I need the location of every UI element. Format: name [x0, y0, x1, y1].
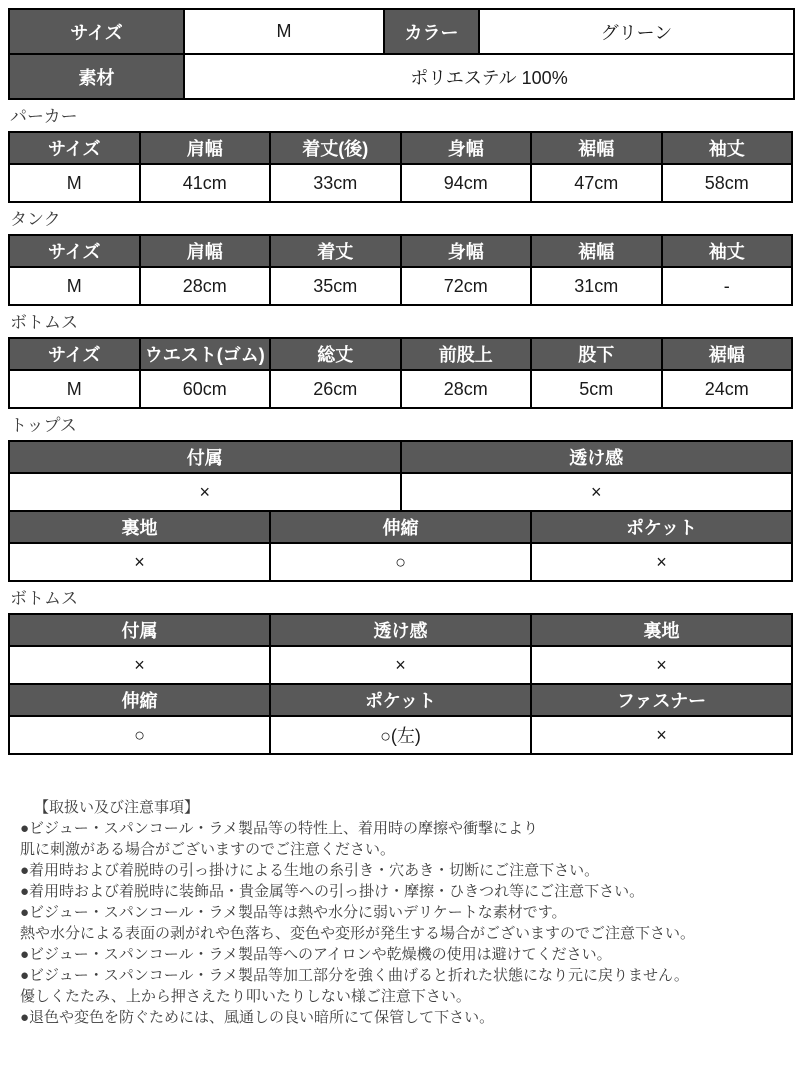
care-note-line: ●ビジュー・スパンコール・ラメ製品等加工部分を強く曲げると折れた状態になり元に戻…	[20, 965, 800, 986]
care-note-line: ●着用時および着脱時に装飾品・貴金属等への引っ掛け・摩擦・ひきつれ等にご注意下さ…	[20, 881, 800, 902]
feature-header: 付属	[9, 614, 270, 646]
table-row: M 41cm 33cm 94cm 47cm 58cm	[9, 164, 792, 202]
column-header: サイズ	[9, 338, 140, 370]
tank-measurement-table: サイズ 肩幅 着丈 身幅 裾幅 袖丈 M 28cm 35cm 72cm 31cm…	[8, 234, 793, 306]
table-row: サイズ M カラー グリーン	[9, 9, 794, 54]
column-header: 身幅	[401, 235, 532, 267]
measurement-value: 72cm	[401, 267, 532, 305]
bottoms-measurement-table: サイズ ウエスト(ゴム) 総丈 前股上 股下 裾幅 M 60cm 26cm 28…	[8, 337, 793, 409]
tops-feature-table: 付属 透け感 × × 裏地 伸縮 ポケット × ○ ×	[8, 440, 793, 582]
material-value: ポリエステル 100%	[184, 54, 794, 99]
feature-header: ファスナー	[531, 684, 792, 716]
column-header: 肩幅	[140, 132, 271, 164]
section-label-parka: パーカー	[10, 107, 800, 127]
column-header: 股下	[531, 338, 662, 370]
measurement-value: 58cm	[662, 164, 793, 202]
feature-value: ×	[401, 473, 793, 511]
size-label: サイズ	[9, 9, 184, 54]
measurement-value: 47cm	[531, 164, 662, 202]
feature-value: ×	[9, 473, 401, 511]
feature-value: ×	[531, 716, 792, 754]
table-header-row: 伸縮 ポケット ファスナー	[9, 684, 792, 716]
feature-header: 透け感	[401, 441, 793, 473]
measurement-value: 41cm	[140, 164, 271, 202]
table-row: × × ×	[9, 646, 792, 684]
table-header-row: 付属 透け感	[9, 441, 792, 473]
feature-value: ×	[9, 646, 270, 684]
table-header-row: サイズ 肩幅 着丈(後) 身幅 裾幅 袖丈	[9, 132, 792, 164]
column-header: 着丈	[270, 235, 401, 267]
column-header: 裾幅	[662, 338, 793, 370]
feature-header: 裏地	[9, 511, 270, 543]
table-row: M 28cm 35cm 72cm 31cm -	[9, 267, 792, 305]
care-notes: 【取扱い及び注意事項】 ●ビジュー・スパンコール・ラメ製品等の特性上、着用時の摩…	[20, 797, 800, 1028]
column-header: 裾幅	[531, 132, 662, 164]
size-value: M	[184, 9, 384, 54]
section-label-bottoms-features: ボトムス	[10, 589, 800, 609]
product-info-table: サイズ M カラー グリーン 素材 ポリエステル 100%	[8, 8, 795, 100]
measurement-value: 94cm	[401, 164, 532, 202]
column-header: 袖丈	[662, 235, 793, 267]
table-row: M 60cm 26cm 28cm 5cm 24cm	[9, 370, 792, 408]
measurement-value: 31cm	[531, 267, 662, 305]
feature-header: ポケット	[270, 684, 531, 716]
measurement-value: 28cm	[401, 370, 532, 408]
column-header: 裾幅	[531, 235, 662, 267]
table-row: 素材 ポリエステル 100%	[9, 54, 794, 99]
care-note-line: ●着用時および着脱時の引っ掛けによる生地の糸引き・穴あき・切断にご注意下さい。	[20, 860, 800, 881]
measurement-value: M	[9, 370, 140, 408]
column-header: ウエスト(ゴム)	[140, 338, 271, 370]
measurement-value: 24cm	[662, 370, 793, 408]
column-header: 前股上	[401, 338, 532, 370]
measurement-value: 28cm	[140, 267, 271, 305]
table-row: × ○ ×	[9, 543, 792, 581]
product-spec-page: サイズ M カラー グリーン 素材 ポリエステル 100% パーカー サイズ 肩…	[0, 0, 800, 1067]
care-notes-title: 【取扱い及び注意事項】	[20, 797, 800, 818]
column-header: サイズ	[9, 235, 140, 267]
table-header-row: サイズ 肩幅 着丈 身幅 裾幅 袖丈	[9, 235, 792, 267]
feature-header: 伸縮	[9, 684, 270, 716]
feature-header: 伸縮	[270, 511, 531, 543]
care-note-line: 肌に刺激がある場合がございますのでご注意ください。	[20, 839, 800, 860]
table-row: × ×	[9, 473, 792, 511]
material-label: 素材	[9, 54, 184, 99]
color-label: カラー	[384, 9, 479, 54]
section-label-tank: タンク	[10, 210, 800, 230]
column-header: サイズ	[9, 132, 140, 164]
feature-header: ポケット	[531, 511, 792, 543]
care-note-line: 熱や水分による表面の剥がれや色落ち、変色や変形が発生する場合がございますのでご注…	[20, 923, 800, 944]
measurement-value: 33cm	[270, 164, 401, 202]
care-note-line: ●退色や変色を防ぐためには、風通しの良い暗所にて保管して下さい。	[20, 1007, 800, 1028]
feature-value: ×	[531, 646, 792, 684]
feature-value: ○(左)	[270, 716, 531, 754]
feature-header: 透け感	[270, 614, 531, 646]
care-note-line: ●ビジュー・スパンコール・ラメ製品等の特性上、着用時の摩擦や衝撃により	[20, 818, 800, 839]
table-header-row: サイズ ウエスト(ゴム) 総丈 前股上 股下 裾幅	[9, 338, 792, 370]
table-header-row: 裏地 伸縮 ポケット	[9, 511, 792, 543]
care-note-line: 優しくたたみ、上から押さえたり叩いたりしない様ご注意下さい。	[20, 986, 800, 1007]
bottoms-feature-table: 付属 透け感 裏地 × × × 伸縮 ポケット ファスナー ○ ○(左) ×	[8, 613, 793, 755]
feature-value: ×	[531, 543, 792, 581]
parka-measurement-table: サイズ 肩幅 着丈(後) 身幅 裾幅 袖丈 M 41cm 33cm 94cm 4…	[8, 131, 793, 203]
column-header: 総丈	[270, 338, 401, 370]
table-row: ○ ○(左) ×	[9, 716, 792, 754]
feature-value: ○	[9, 716, 270, 754]
feature-value: ×	[270, 646, 531, 684]
table-header-row: 付属 透け感 裏地	[9, 614, 792, 646]
measurement-value: 60cm	[140, 370, 271, 408]
column-header: 肩幅	[140, 235, 271, 267]
measurement-value: 35cm	[270, 267, 401, 305]
measurement-value: 5cm	[531, 370, 662, 408]
feature-value: ○	[270, 543, 531, 581]
measurement-value: 26cm	[270, 370, 401, 408]
column-header: 着丈(後)	[270, 132, 401, 164]
care-note-line: ●ビジュー・スパンコール・ラメ製品等は熱や水分に弱いデリケートな素材です。	[20, 902, 800, 923]
section-label-bottoms-measure: ボトムス	[10, 313, 800, 333]
care-note-line: ●ビジュー・スパンコール・ラメ製品等へのアイロンや乾燥機の使用は避けてください。	[20, 944, 800, 965]
column-header: 袖丈	[662, 132, 793, 164]
section-label-tops-features: トップス	[10, 416, 800, 436]
measurement-value: M	[9, 164, 140, 202]
measurement-value: M	[9, 267, 140, 305]
measurement-value: -	[662, 267, 793, 305]
feature-header: 裏地	[531, 614, 792, 646]
feature-header: 付属	[9, 441, 401, 473]
feature-value: ×	[9, 543, 270, 581]
color-value: グリーン	[479, 9, 794, 54]
column-header: 身幅	[401, 132, 532, 164]
